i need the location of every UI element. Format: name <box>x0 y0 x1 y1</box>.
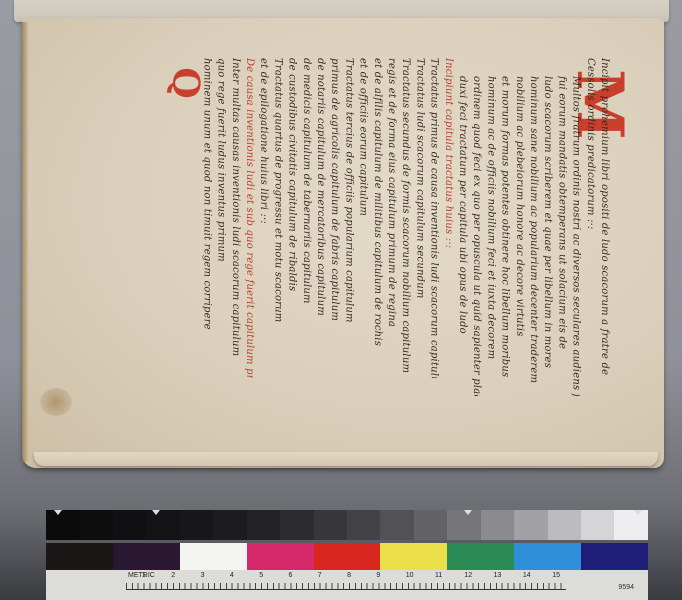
ruler-tick-label: 6 <box>289 572 293 579</box>
text-line: hominum ac de officiis nobilium feci et … <box>484 76 496 396</box>
text-line: Multos fratrum ordinis nostri ac diverso… <box>570 76 582 396</box>
ruler-tick-label: 5 <box>259 572 263 579</box>
ruler-tick-label: 13 <box>494 572 502 579</box>
ruler-tick-label: 4 <box>230 572 234 579</box>
color-patch <box>380 543 447 570</box>
ruler-tick-label: 14 <box>523 572 531 579</box>
ruler-tick-label: 11 <box>435 572 442 579</box>
text-line: de custodibus civitatis capitulum de rib… <box>286 58 298 378</box>
gray-patch <box>581 510 614 540</box>
page-stack-edge <box>34 452 658 466</box>
gray-patch <box>548 510 581 540</box>
color-patch <box>113 543 180 570</box>
text-line: Tractatus tercius de officiis popularium… <box>342 58 354 378</box>
text-line: et de epilogatione huius libri :·: <box>257 58 269 378</box>
ruler-tick-label: 10 <box>406 572 414 579</box>
text-line: duxi feci tractatum per capitula ubi opu… <box>456 76 468 396</box>
text-line: et de officiis eorum capitulum <box>357 58 369 378</box>
color-patch <box>514 543 581 570</box>
text-line: et morum formas potentes obtinere hoc li… <box>499 76 511 396</box>
water-stain <box>40 388 72 416</box>
marker-triangle <box>464 510 472 515</box>
ruler-tick-label: 15 <box>552 572 560 579</box>
text-line: de medicis capitulum de tabernariis capi… <box>300 58 312 378</box>
color-calibration-chart: METRIC 123456789101112131415 9594 <box>46 510 648 600</box>
text-line: hominum sane nobilium ac popularium dece… <box>527 76 539 396</box>
gray-patch <box>247 510 280 540</box>
text-line: Tractatus quartus de progressu et motu s… <box>271 58 283 378</box>
ruler-tick-label: 1 <box>142 572 146 579</box>
text-line: fui eorum mandatis obtemperans ut solaci… <box>555 76 567 396</box>
color-patch <box>46 543 113 570</box>
ruler-tick-label: 2 <box>171 572 175 579</box>
ruler-scale: 123456789101112131415 <box>126 575 566 590</box>
text-line: Cessolis ordinis predicatorum :·: <box>584 58 596 378</box>
gray-patch <box>113 510 146 540</box>
gray-patch <box>481 510 514 540</box>
color-patch <box>180 543 247 570</box>
text-line: Inter multas causas inventionis ludi sca… <box>229 58 241 378</box>
text-line: Incipiunt capitula tractatus huius :·: <box>442 58 454 378</box>
ruler-tick-label: 7 <box>318 572 322 579</box>
manuscript-text-block: Incipit prohemium libri opositi de ludo … <box>150 58 610 378</box>
text-line: hominem unum et quod non timuit regem co… <box>200 58 212 378</box>
text-line: De causa inventionis ludi et sub quo reg… <box>243 58 255 378</box>
gray-patch <box>314 510 347 540</box>
color-strip <box>46 543 648 570</box>
gray-patch <box>514 510 547 540</box>
text-line: Incipit prohemium libri opositi de ludo … <box>598 58 610 378</box>
text-line: quo rege fuerit ludus inventus primum <box>215 58 227 378</box>
text-line: Tractatus ludi scacorum capitulum secund… <box>413 58 425 378</box>
gray-patch <box>414 510 447 540</box>
marker-triangle <box>54 510 62 515</box>
ruler-tick-label: 8 <box>347 572 351 579</box>
color-patch <box>247 543 314 570</box>
marker-triangle <box>634 510 642 515</box>
gray-patch <box>213 510 246 540</box>
color-patch <box>314 543 381 570</box>
gray-patch <box>46 510 79 540</box>
text-line: Tractatus secundus de formis scacorum no… <box>399 58 411 378</box>
grayscale-strip <box>46 510 648 540</box>
text-line: Tractatus primus de causa inventionis lu… <box>428 58 440 378</box>
ruler-id-number: 9594 <box>618 584 634 591</box>
marker-triangle <box>152 510 160 515</box>
text-line: nobilium ac plebeiorum honore ac decore … <box>513 76 525 396</box>
ruler-tick-label: 9 <box>376 572 380 579</box>
gray-patch <box>180 510 213 540</box>
text-line: ludo scacorum scriberem et quae per libe… <box>541 76 553 396</box>
color-patch <box>447 543 514 570</box>
text-line: de notariis capitulum de mercatoribus ca… <box>314 58 326 378</box>
text-line: primus de agricolis capitulum de fabris … <box>328 58 340 378</box>
ruler-tick-label: 3 <box>201 572 205 579</box>
gray-patch <box>347 510 380 540</box>
gray-patch <box>79 510 112 540</box>
ruler-tick-label: 12 <box>464 572 472 579</box>
gray-patch <box>380 510 413 540</box>
page-gutter-edge <box>22 22 28 462</box>
color-patch <box>581 543 648 570</box>
text-line: et de alfilis capitulum de militibus cap… <box>371 58 383 378</box>
gray-patch <box>280 510 313 540</box>
text-line: regis et de forma eius capitulum primum … <box>385 58 397 378</box>
metric-ruler: METRIC 123456789101112131415 9594 <box>46 570 648 600</box>
text-line: ordinem quod feci ex quo per opuscula ut… <box>470 76 482 396</box>
gray-patch <box>614 510 647 540</box>
